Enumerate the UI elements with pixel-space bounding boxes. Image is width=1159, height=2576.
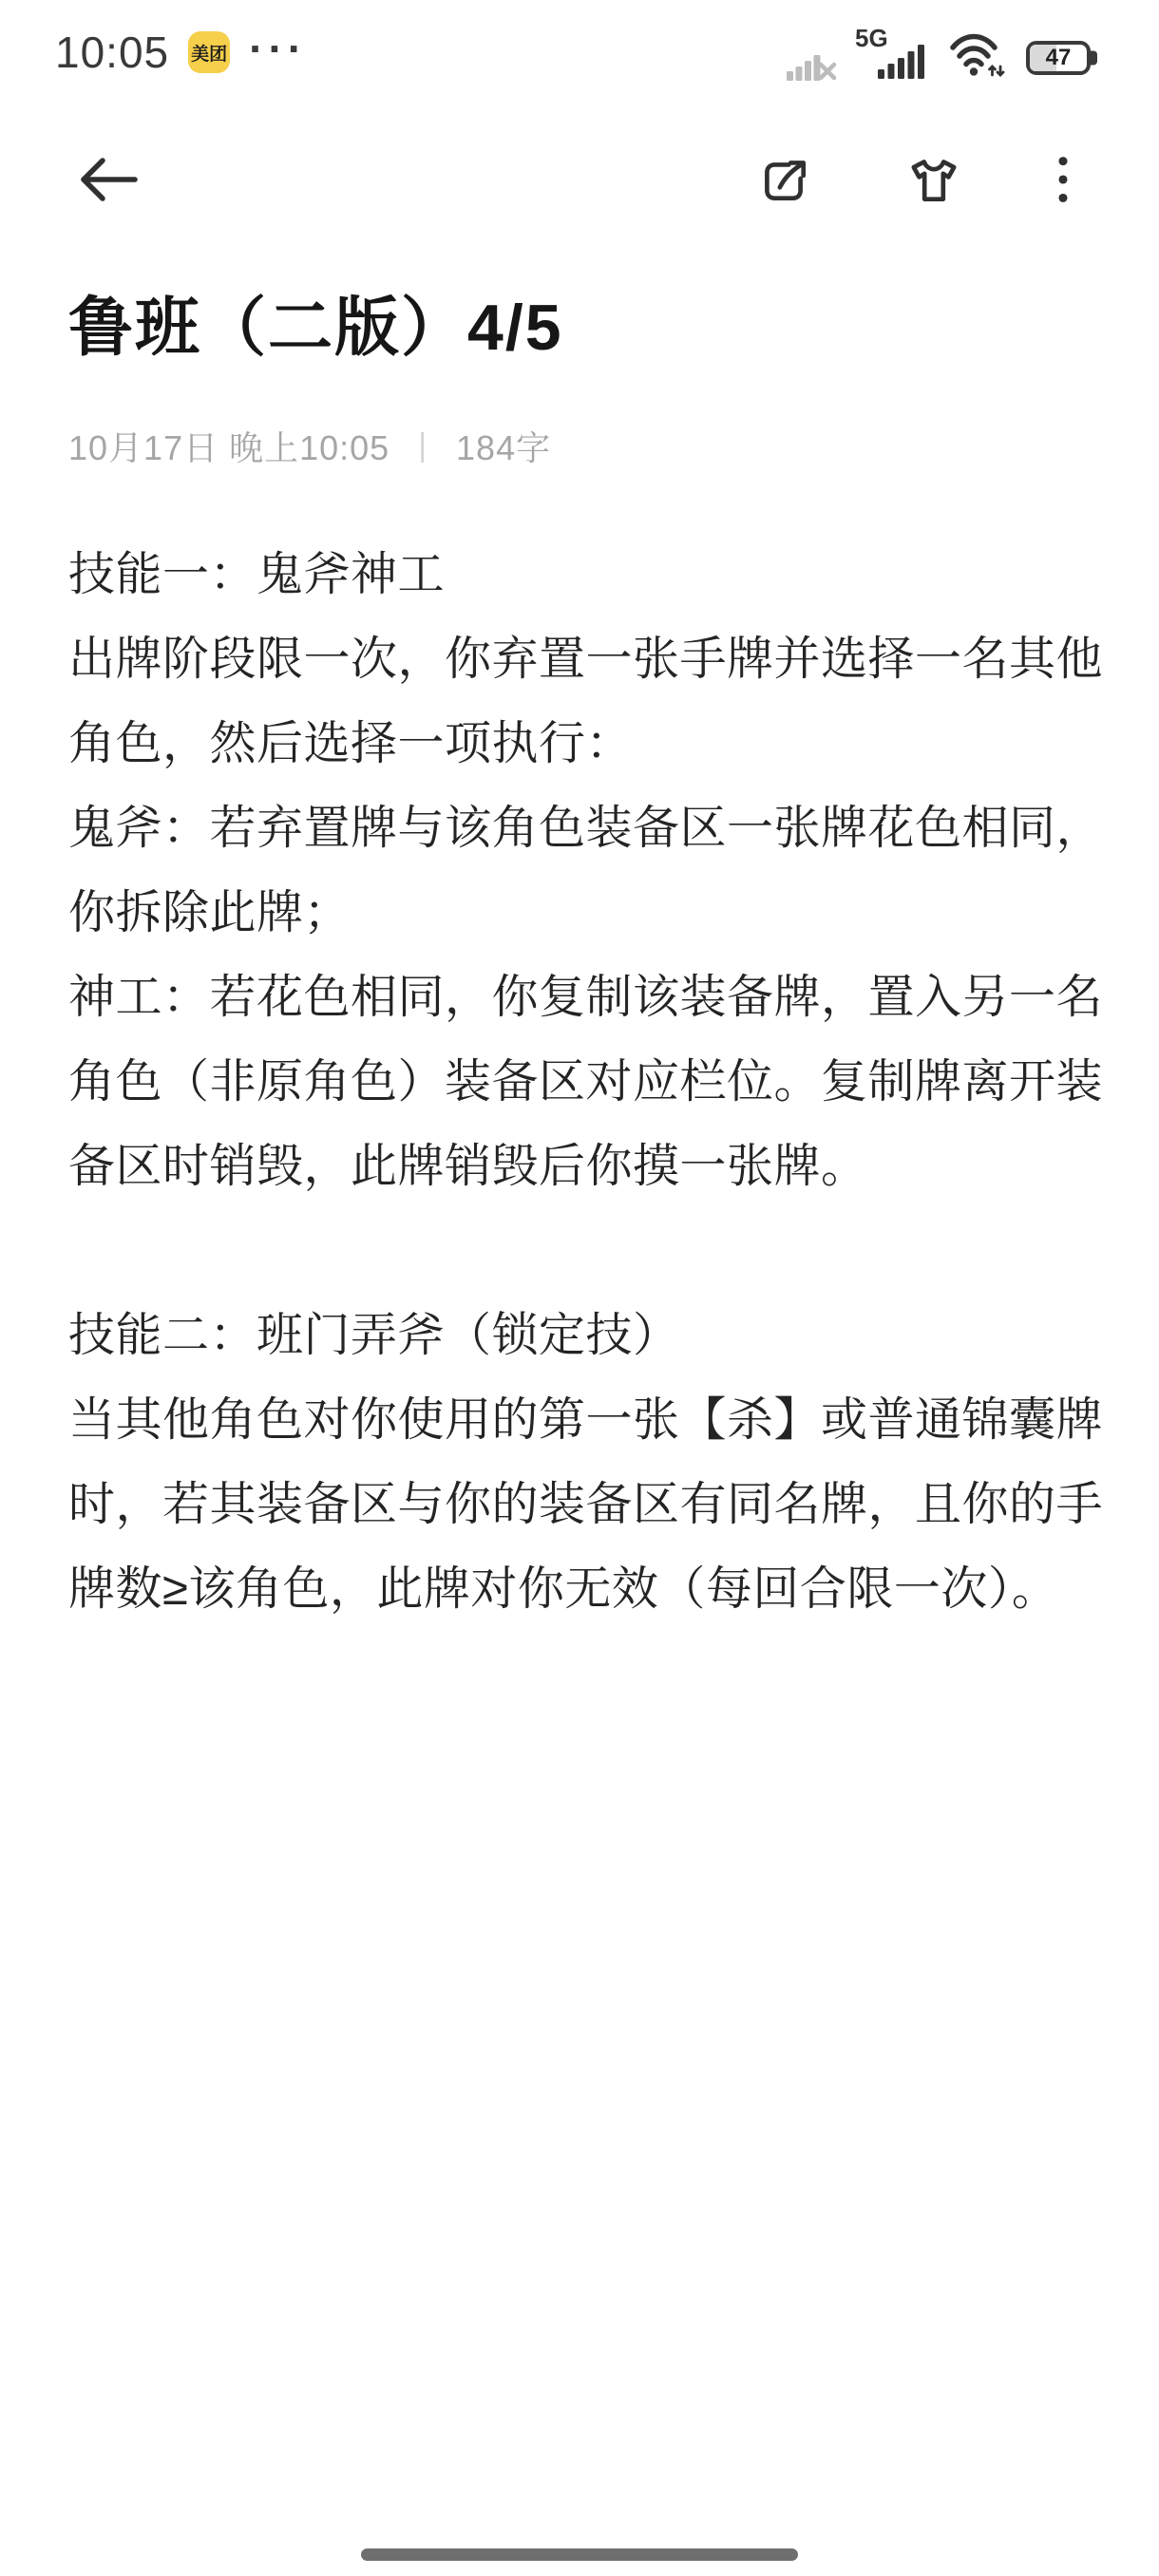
note-body-line[interactable]: 技能一：鬼斧神工 — [68, 533, 1091, 617]
note-body-line[interactable] — [68, 1209, 1091, 1294]
note-editor: 鲁班（二版）4/5 10月17日 晚上10:05 | 184字 技能一：鬼斧神工… — [0, 287, 1159, 1632]
status-bar-right: 5G — [787, 24, 1100, 81]
back-arrow-icon — [76, 155, 141, 204]
theme-skin-button[interactable] — [904, 152, 963, 207]
wifi-icon — [948, 31, 1007, 79]
note-body-line[interactable]: 你拆除此牌； — [68, 871, 1091, 956]
toolbar-actions — [756, 152, 1070, 207]
note-toolbar — [0, 99, 1159, 260]
note-body-line[interactable]: 当其他角色对你使用的第一张【杀】或普通锦囊牌 — [68, 1378, 1091, 1463]
battery-percent-label: 47 — [1046, 45, 1072, 71]
note-body-line[interactable]: 备区时销毁，此牌销毁后你摸一张牌。 — [68, 1125, 1091, 1209]
back-button[interactable] — [76, 155, 141, 204]
status-time: 10:05 — [55, 27, 169, 78]
sim2-5g-signal-icon: 5G — [855, 26, 929, 81]
note-body-line[interactable]: 神工：若花色相同，你复制该装备牌，置入另一名 — [68, 956, 1091, 1040]
share-icon — [756, 152, 811, 207]
note-body-line[interactable]: 出牌阶段限一次，你弃置一张手牌并选择一名其他 — [68, 617, 1091, 702]
note-meta: 10月17日 晚上10:05 | 184字 — [68, 422, 1091, 470]
note-body-line[interactable]: 鬼斧：若弃置牌与该角色装备区一张牌花色相同， — [68, 786, 1091, 871]
share-button[interactable] — [756, 152, 811, 207]
note-body-line[interactable]: 牌数≥该角色，此牌对你无效（每回合限一次）。 — [68, 1547, 1091, 1632]
note-date: 10月17日 晚上10:05 — [68, 422, 389, 470]
note-body-line[interactable]: 角色（非原角色）装备区对应栏位。复制牌离开装 — [68, 1040, 1091, 1125]
note-title[interactable]: 鲁班（二版）4/5 — [68, 287, 1091, 369]
note-body-line[interactable]: 技能二：班门弄斧（锁定技） — [68, 1294, 1091, 1378]
kebab-menu-icon — [1056, 153, 1070, 206]
battery-cap — [1091, 51, 1097, 66]
more-menu-button[interactable] — [1056, 153, 1070, 206]
meituan-app-badge-icon: 美团 — [188, 31, 230, 73]
tshirt-icon — [904, 152, 963, 207]
sim1-no-signal-icon — [787, 37, 836, 81]
note-word-count: 184字 — [456, 422, 551, 470]
note-body-line[interactable]: 角色，然后选择一项执行： — [68, 702, 1091, 786]
note-body-line[interactable]: 时，若其装备区与你的装备区有同名牌，且你的手 — [68, 1463, 1091, 1547]
status-bar-left: 10:05 美团 ··· — [55, 27, 307, 78]
meta-divider: | — [418, 427, 427, 464]
notes-app-screen: 10:05 美团 ··· 5G — [0, 0, 1159, 2576]
home-indicator[interactable] — [361, 2548, 798, 2561]
status-bar: 10:05 美团 ··· 5G — [0, 0, 1159, 99]
battery-icon: 47 — [1026, 41, 1091, 75]
notification-ellipsis-icon: ··· — [249, 27, 307, 70]
note-body[interactable]: 技能一：鬼斧神工出牌阶段限一次，你弃置一张手牌并选择一名其他角色，然后选择一项执… — [68, 533, 1091, 1632]
